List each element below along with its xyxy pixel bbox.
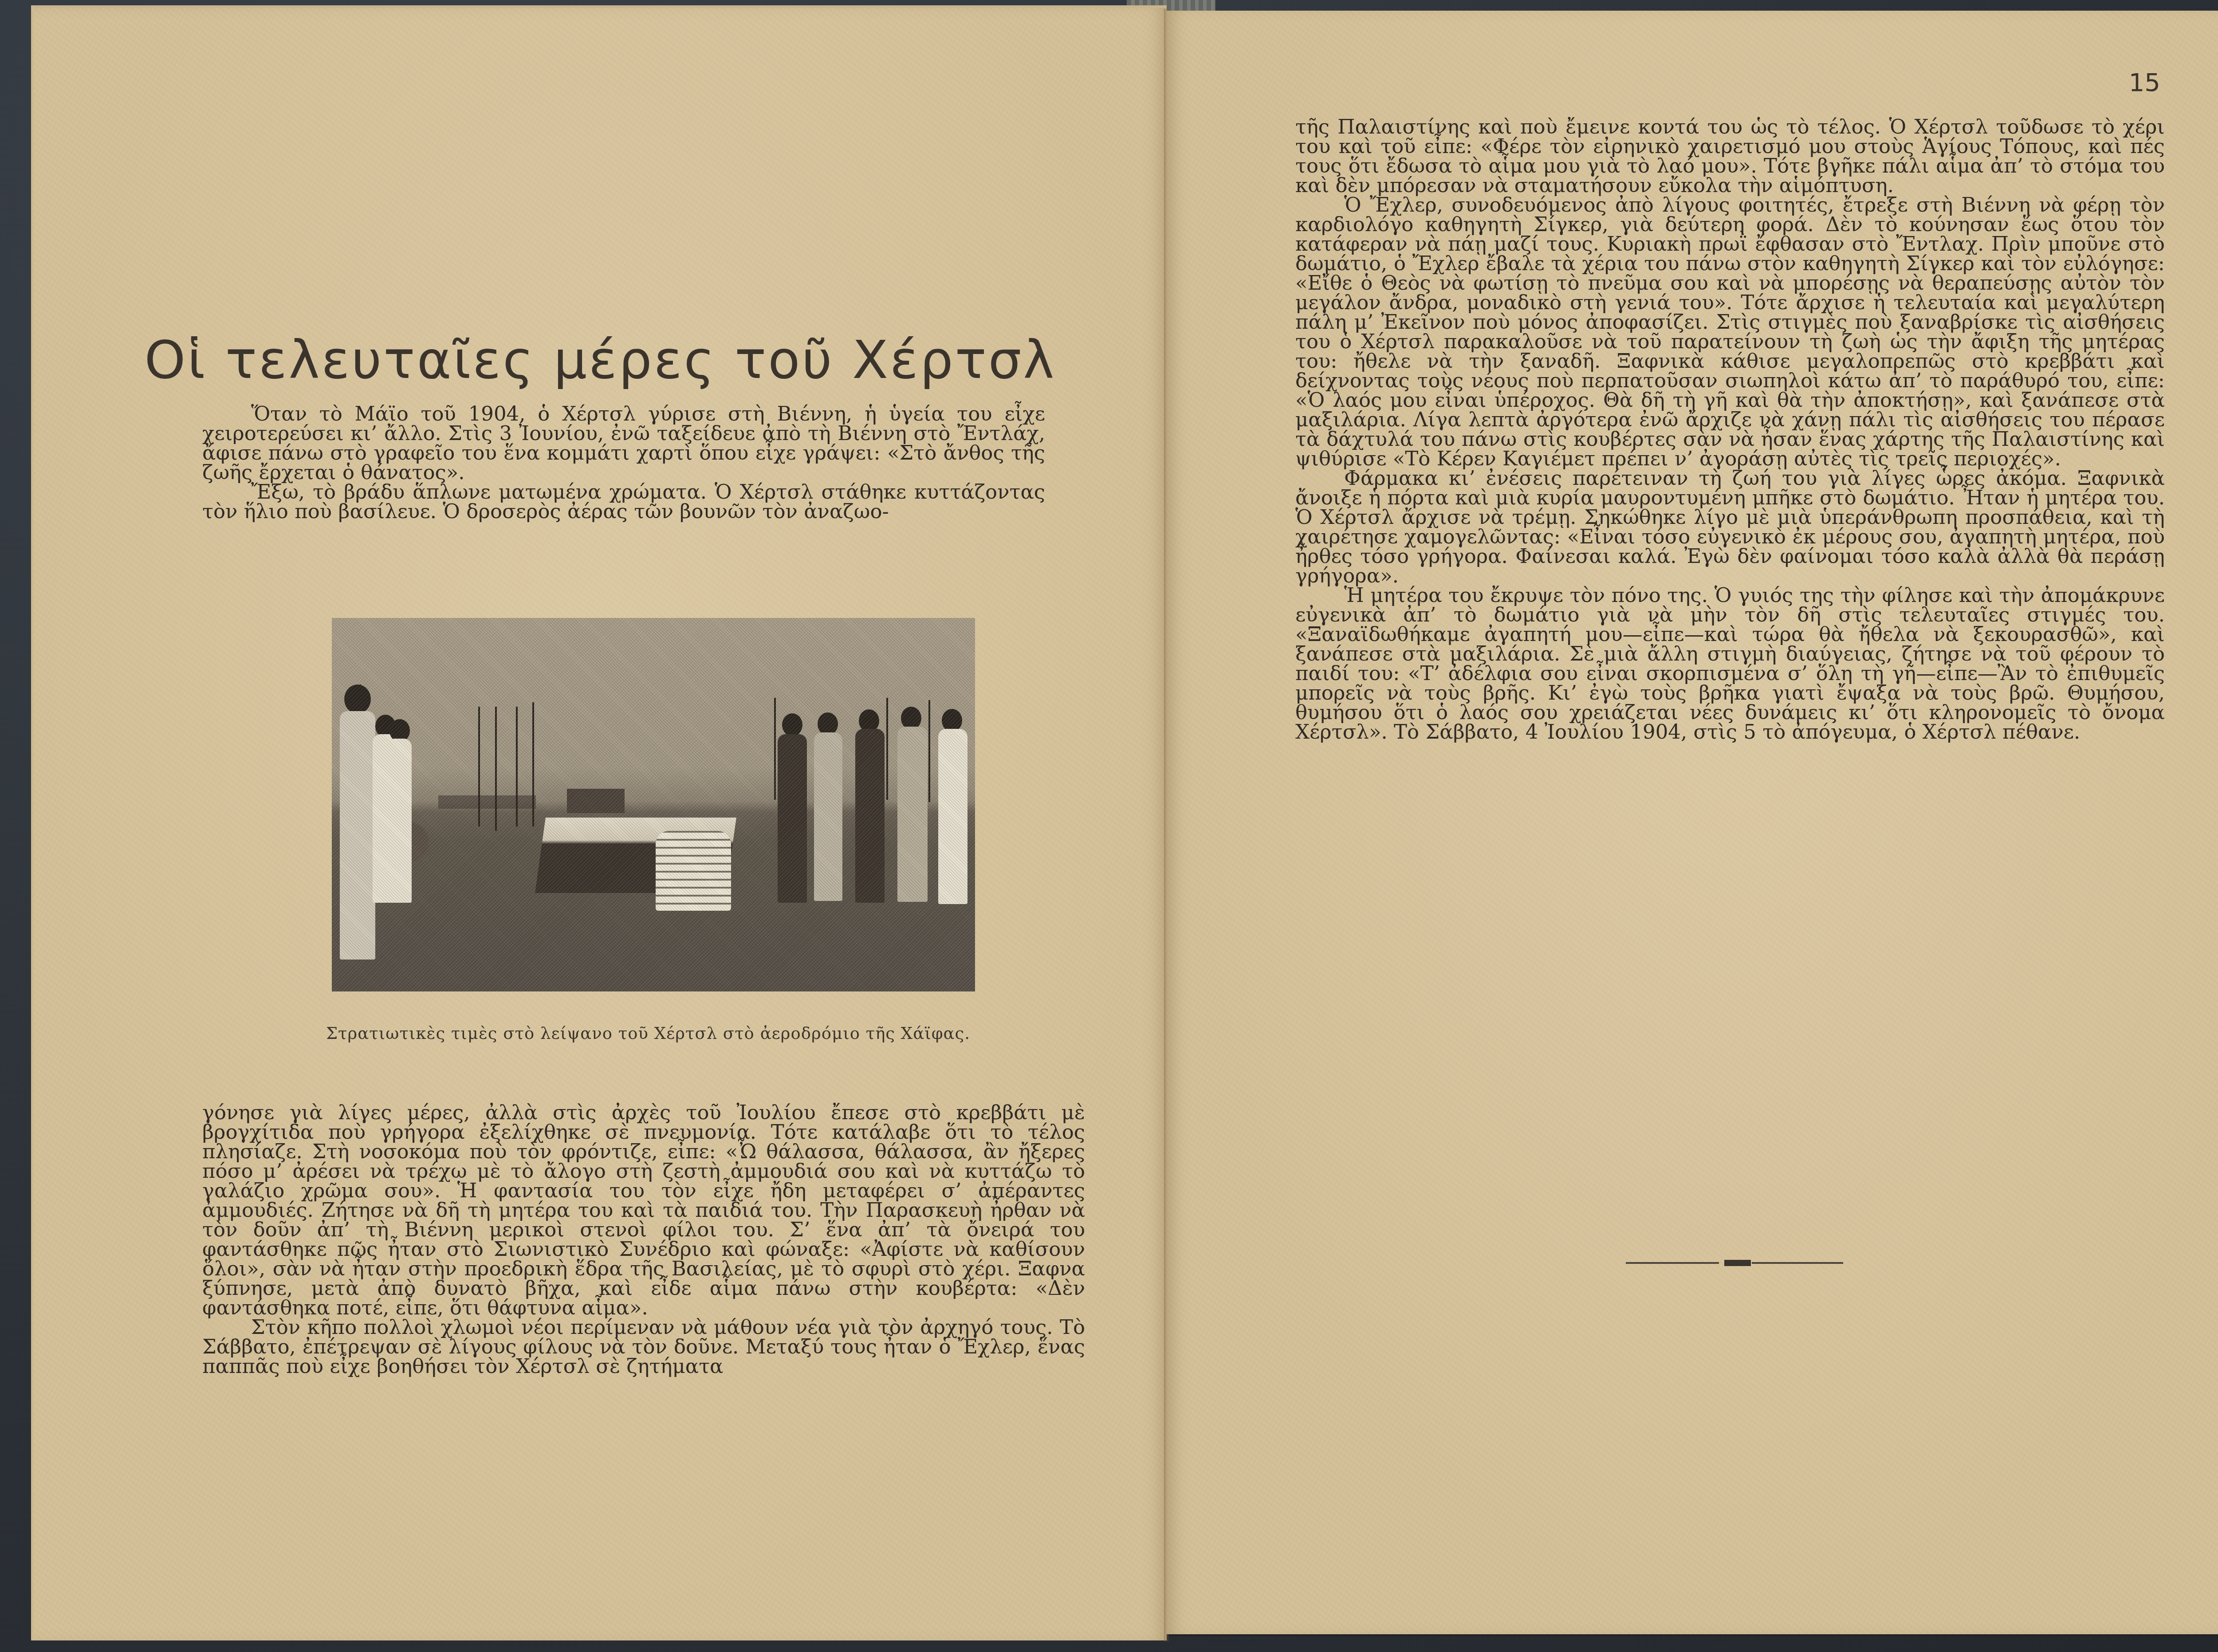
coffin: [535, 818, 736, 893]
paragraph: γόνησε γιὰ λίγες μέρες, ἀλλὰ στὶς ἀρχὲς …: [202, 1103, 1085, 1318]
rifle: [928, 700, 930, 802]
soldier-head: [818, 712, 838, 736]
left-body-bottom: γόνησε γιὰ λίγες μέρες, ἀλλὰ στὶς ἀρχὲς …: [202, 1103, 1085, 1376]
section-end-rule: [1626, 1260, 1843, 1266]
rifle: [774, 698, 776, 800]
soldier-figure: [814, 732, 842, 901]
paragraph: Ἡ μητέρα του ἔκρυψε τὸν πόνο της. Ὁ γυιό…: [1295, 586, 2165, 742]
background-building: [567, 789, 625, 813]
page-number: 15: [2129, 68, 2160, 97]
soldier-figure: [938, 729, 967, 904]
background-trees: [438, 795, 536, 809]
soldier-figure: [340, 711, 375, 960]
rifle: [532, 702, 534, 826]
soldier-head: [859, 709, 879, 732]
soldier-head: [942, 709, 962, 732]
right-body: τῆς Παλαιστίνης καὶ ποὺ ἔμεινε κοντά του…: [1295, 117, 2165, 742]
rifle: [886, 698, 888, 800]
paragraph: Φάρμακα κι’ ἐνέσεις παρέτειναν τὴ ζωή το…: [1295, 468, 2165, 586]
right-page: 15 τῆς Παλαιστίνης καὶ ποὺ ἔμεινε κοντά …: [1167, 11, 2218, 1634]
soldier-figure: [897, 727, 928, 902]
soldier-figure: [373, 734, 398, 903]
soldier-figure: [855, 729, 885, 903]
rifle: [495, 707, 497, 831]
paragraph: Ἔξω, τὸ βράδυ ἅπλωνε ματωμένα χρώματα. Ὁ…: [202, 482, 1045, 521]
photo-caption: Στρατιωτικὲς τιμὲς στὸ λείψανο τοῦ Χέρτσ…: [202, 1024, 1094, 1043]
soldier-head: [389, 719, 410, 742]
ceremony-photo: [332, 618, 975, 991]
soldier-figure: [387, 739, 412, 903]
rule-line-left: [1626, 1262, 1719, 1264]
soldier-figure: [778, 734, 807, 903]
soldier-head: [782, 713, 802, 736]
paragraph: Ὁ Ἔχλερ, συνοδευόμενος ἀπὸ λίγους φοιτητ…: [1295, 195, 2165, 468]
rule-line-right: [1752, 1262, 1843, 1264]
flag-draped-coffin: [656, 831, 731, 911]
soldier-head: [375, 715, 396, 738]
article-title: Οἱ τελευταῖες μέρες τοῦ Χέρτσλ: [34, 329, 1167, 390]
soldier-head: [901, 707, 921, 730]
paragraph: τῆς Παλαιστίνης καὶ ποὺ ἔμεινε κοντά του…: [1295, 117, 2165, 195]
soldier-head: [344, 684, 371, 714]
rifle: [478, 707, 480, 826]
paragraph: Στὸν κῆπο πολλοὶ χλωμοὶ νέοι περίμεναν ν…: [202, 1318, 1085, 1376]
rifle: [359, 684, 361, 813]
left-body-top: Ὅταν τὸ Μάϊο τοῦ 1904, ὁ Χέρτσλ γύρισε σ…: [202, 404, 1045, 521]
rule-center-block: [1724, 1260, 1751, 1266]
left-page: Οἱ τελευταῖες μέρες τοῦ Χέρτσλ Ὅταν τὸ Μ…: [31, 5, 1167, 1640]
paragraph: Ὅταν τὸ Μάϊο τοῦ 1904, ὁ Χέρτσλ γύρισε σ…: [202, 404, 1045, 482]
rifle: [516, 707, 518, 826]
